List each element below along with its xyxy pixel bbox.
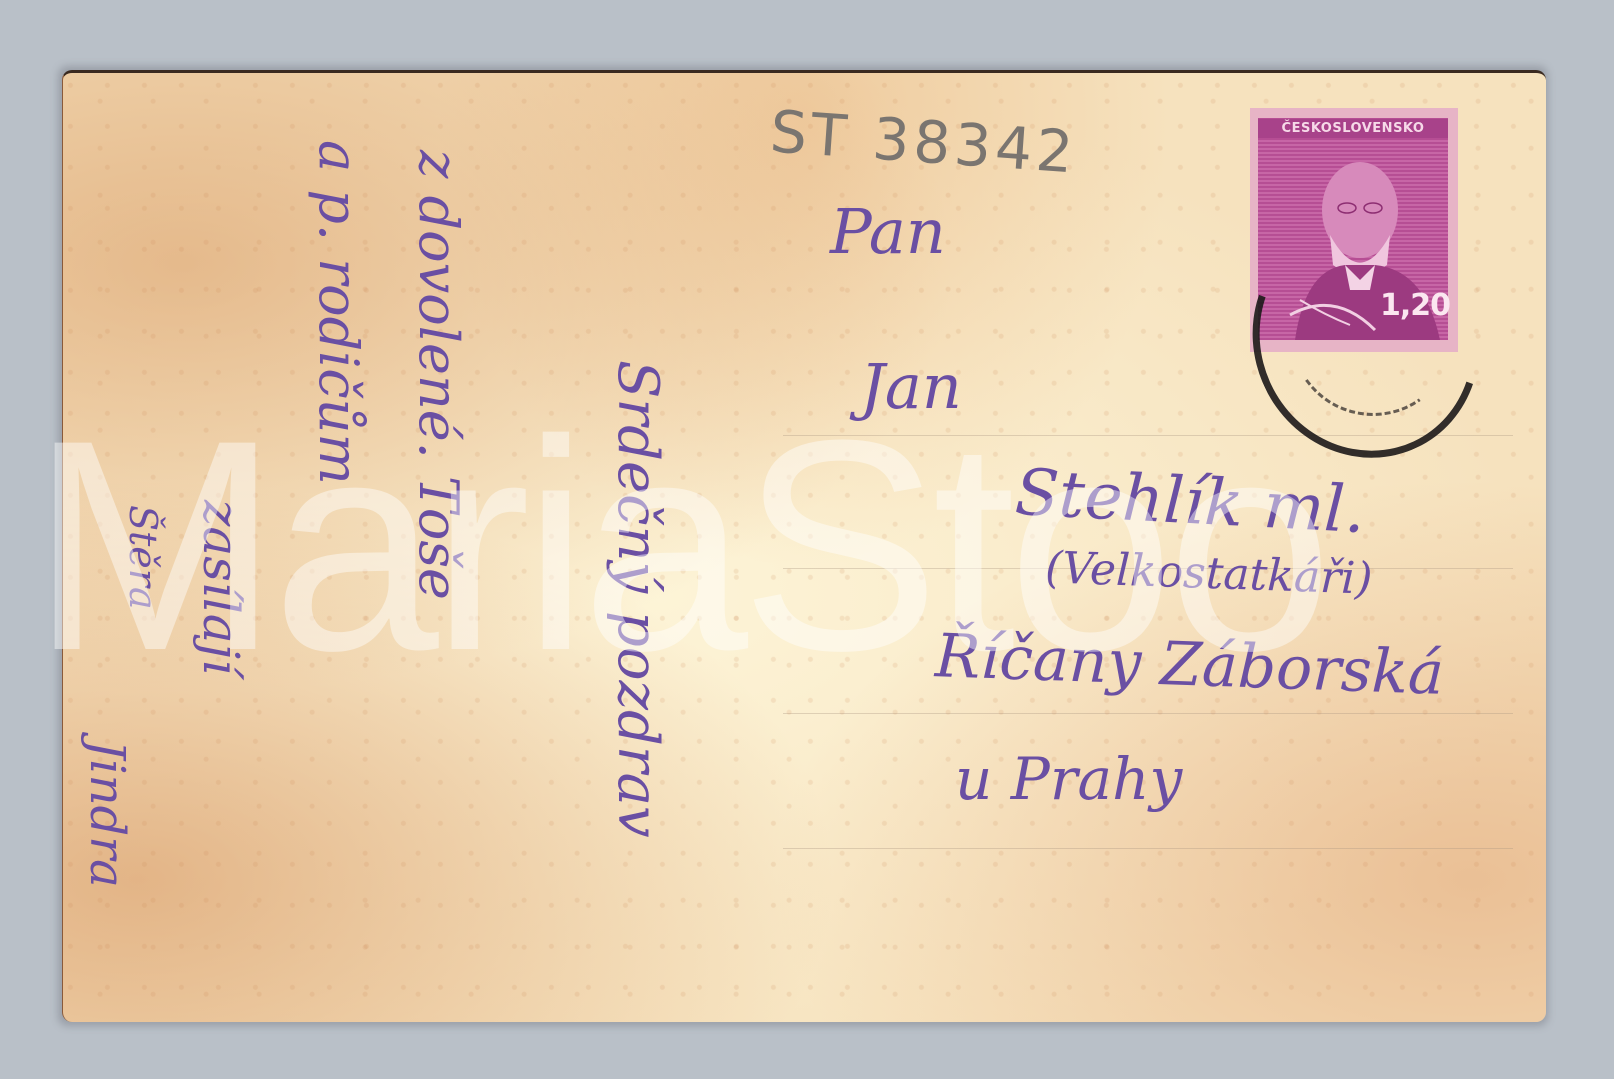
message-line-4: zasílají (192, 500, 250, 675)
address-guide-line (783, 848, 1513, 849)
message-line-3: a p. rodičům (307, 140, 370, 485)
address-line-6: u Prahy (955, 745, 1182, 813)
message-line-1: Srdečný pozdrav (605, 360, 670, 838)
message-line-2: z dovolené. Toše (407, 150, 470, 600)
address-line-1: Pan (830, 195, 946, 268)
address-line-2: Jan (860, 350, 962, 423)
message-line-6: Jindra (79, 740, 135, 888)
stamp-country: ČESKOSLOVENSKO (1258, 119, 1448, 138)
address-guide-line (783, 713, 1513, 714)
message-line-5: Štěra (121, 505, 165, 610)
